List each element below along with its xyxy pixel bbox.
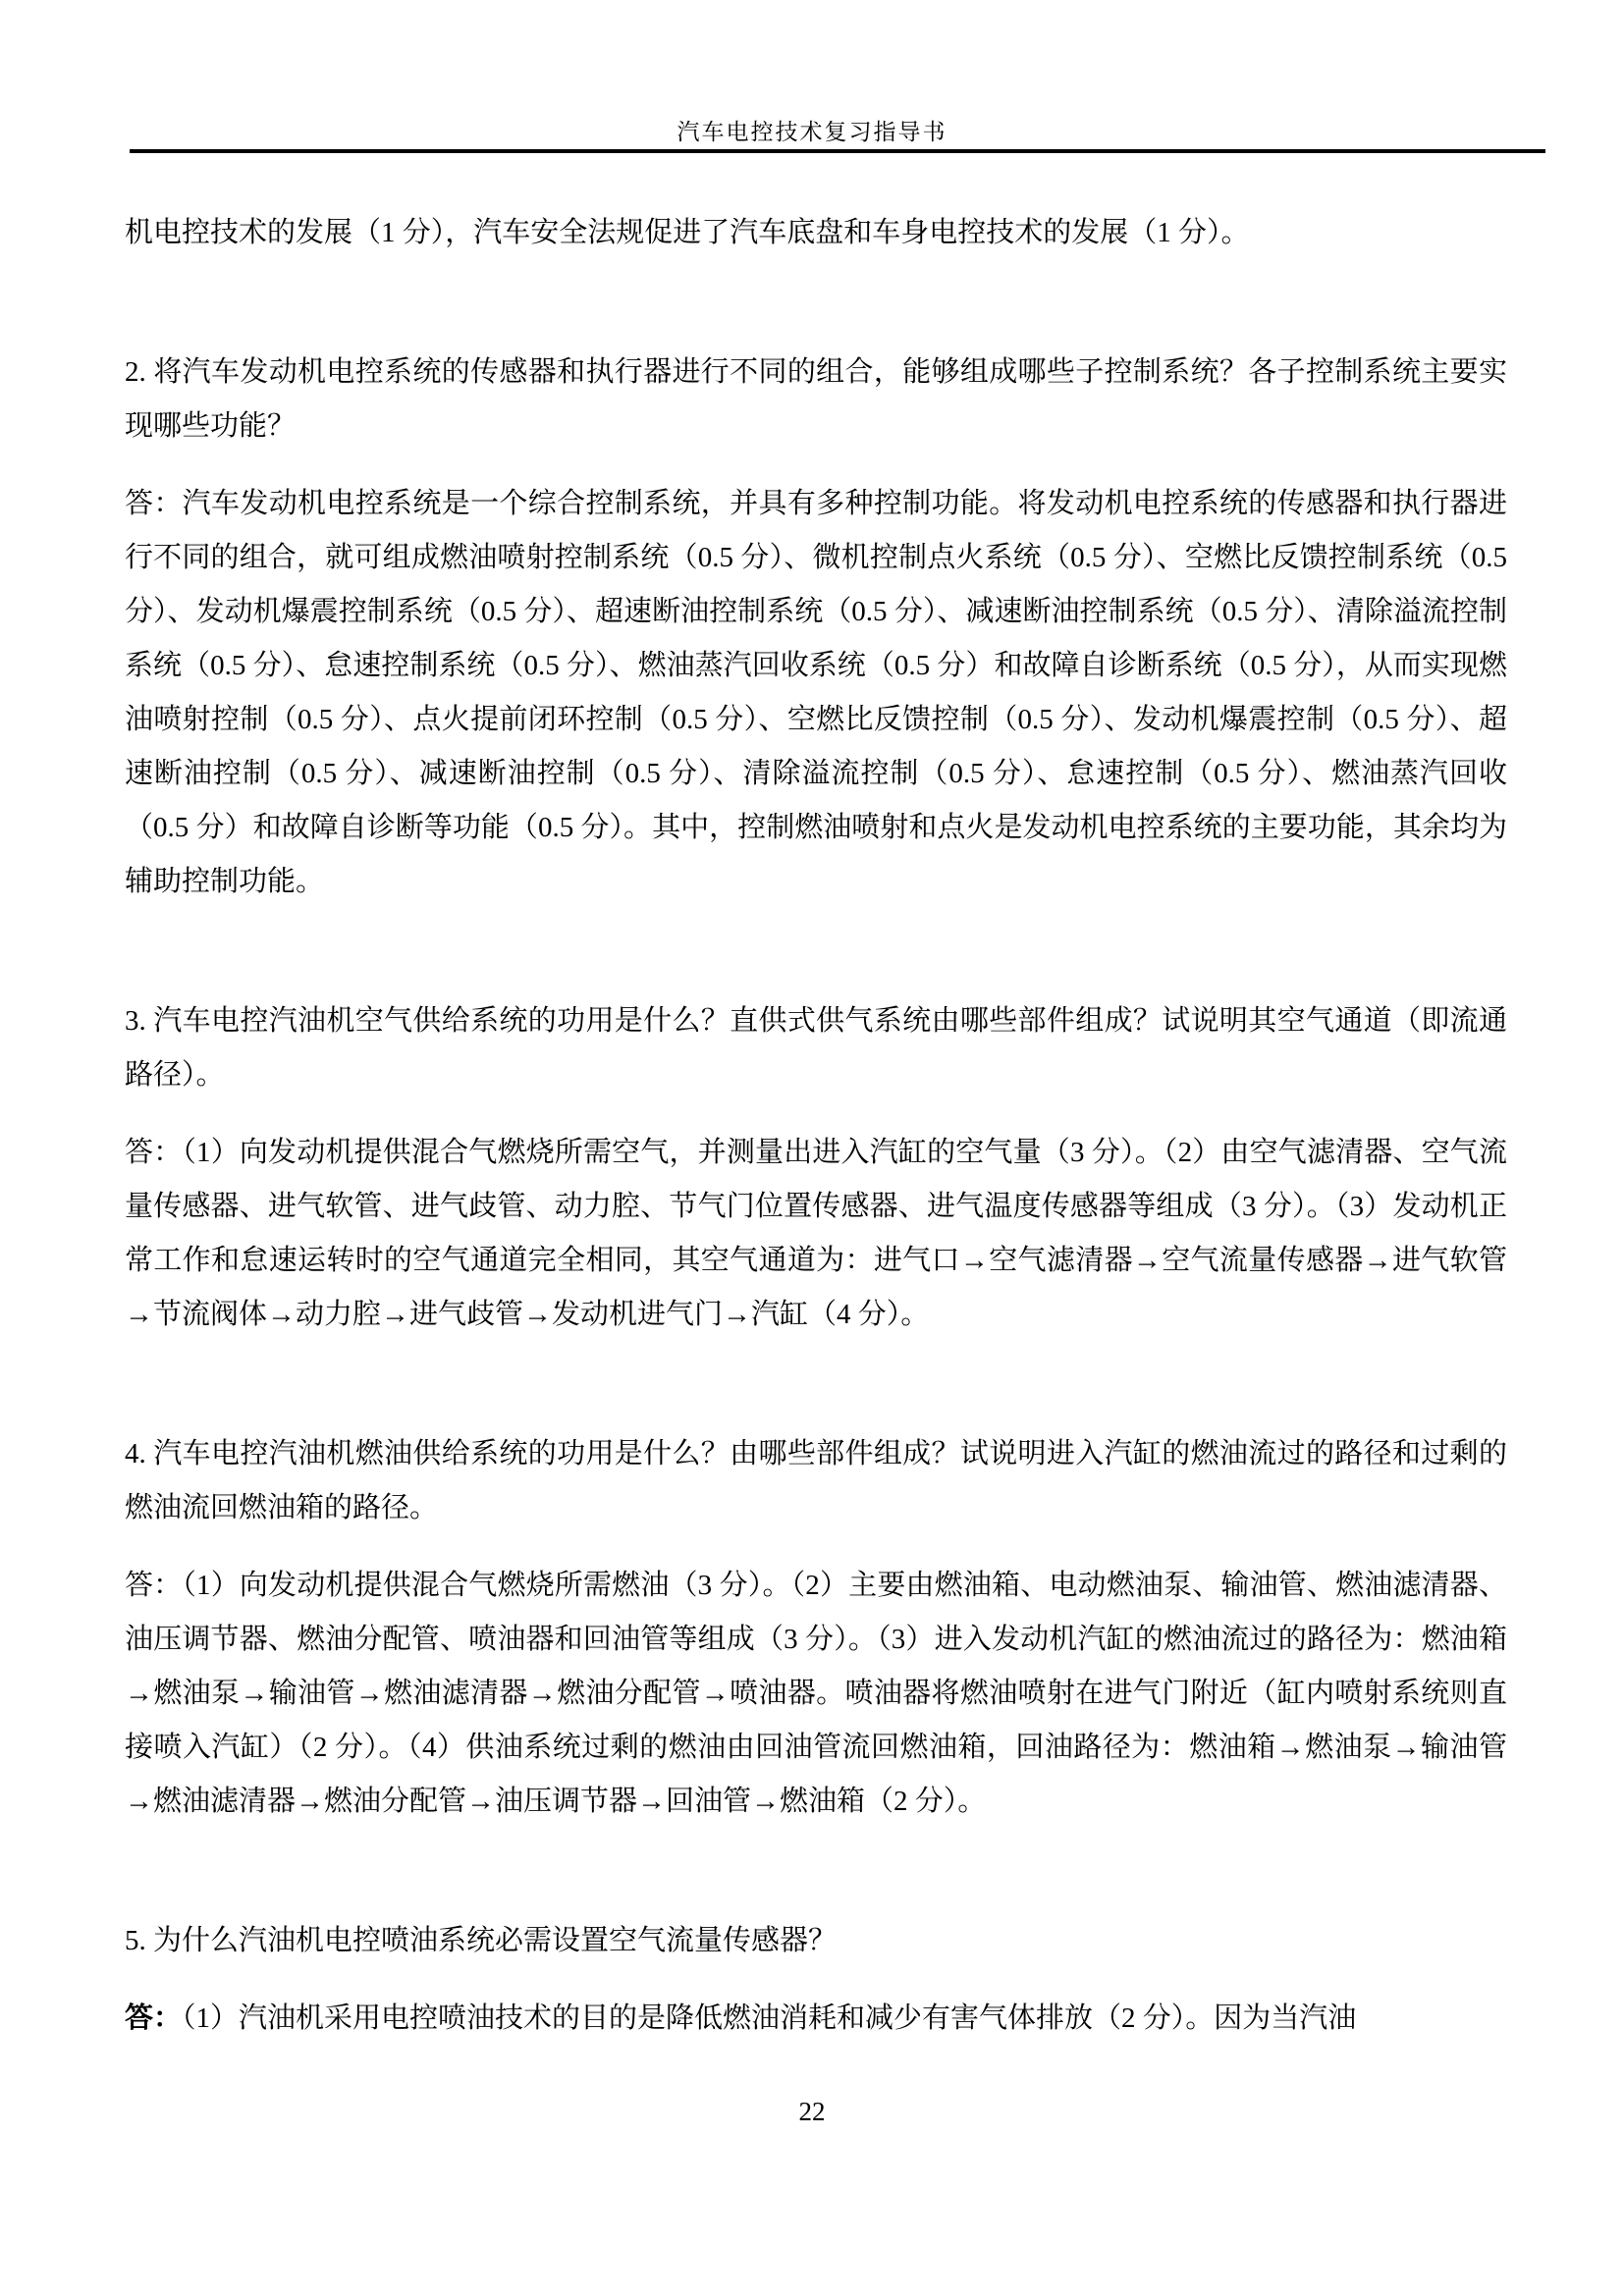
answer-4: 答：（1）向发动机提供混合气燃烧所需燃油（3 分）。（2）主要由燃油箱、电动燃油…	[125, 1559, 1507, 1829]
answer-5-prefix: 答：	[125, 2002, 182, 2034]
header-rule	[130, 149, 1545, 153]
paragraph-continuation: 机电控技术的发展（1 分），汽车安全法规促进了汽车底盘和车身电控技术的发展（1 …	[125, 206, 1507, 260]
question-2: 2. 将汽车发动机电控系统的传感器和执行器进行不同的组合，能够组成哪些子控制系统…	[125, 346, 1507, 454]
answer-5: 答：（1）汽油机采用电控喷油技术的目的是降低燃油消耗和减少有害气体排放（2 分）…	[125, 1992, 1507, 2046]
answer-5-text: （1）汽油机采用电控喷油技术的目的是降低燃油消耗和减少有害气体排放（2 分）。因…	[182, 2002, 1356, 2034]
document-body: 机电控技术的发展（1 分），汽车安全法规促进了汽车底盘和车身电控技术的发展（1 …	[125, 206, 1507, 2046]
document-page: 汽车电控技术复习指导书 机电控技术的发展（1 分），汽车安全法规促进了汽车底盘和…	[0, 0, 1624, 2296]
page-number: 22	[0, 2097, 1624, 2127]
page-header-title: 汽车电控技术复习指导书	[0, 114, 1624, 146]
question-3: 3. 汽车电控汽油机空气供给系统的功用是什么？直供式供气系统由哪些部件组成？试说…	[125, 994, 1507, 1102]
answer-3: 答：（1）向发动机提供混合气燃烧所需空气，并测量出进入汽缸的空气量（3 分）。（…	[125, 1126, 1507, 1342]
question-5: 5. 为什么汽油机电控喷油系统必需设置空气流量传感器？	[125, 1914, 1507, 1968]
answer-2: 答：汽车发动机电控系统是一个综合控制系统，并具有多种控制功能。将发动机电控系统的…	[125, 477, 1507, 909]
question-4: 4. 汽车电控汽油机燃油供给系统的功用是什么？由哪些部件组成？试说明进入汽缸的燃…	[125, 1427, 1507, 1535]
